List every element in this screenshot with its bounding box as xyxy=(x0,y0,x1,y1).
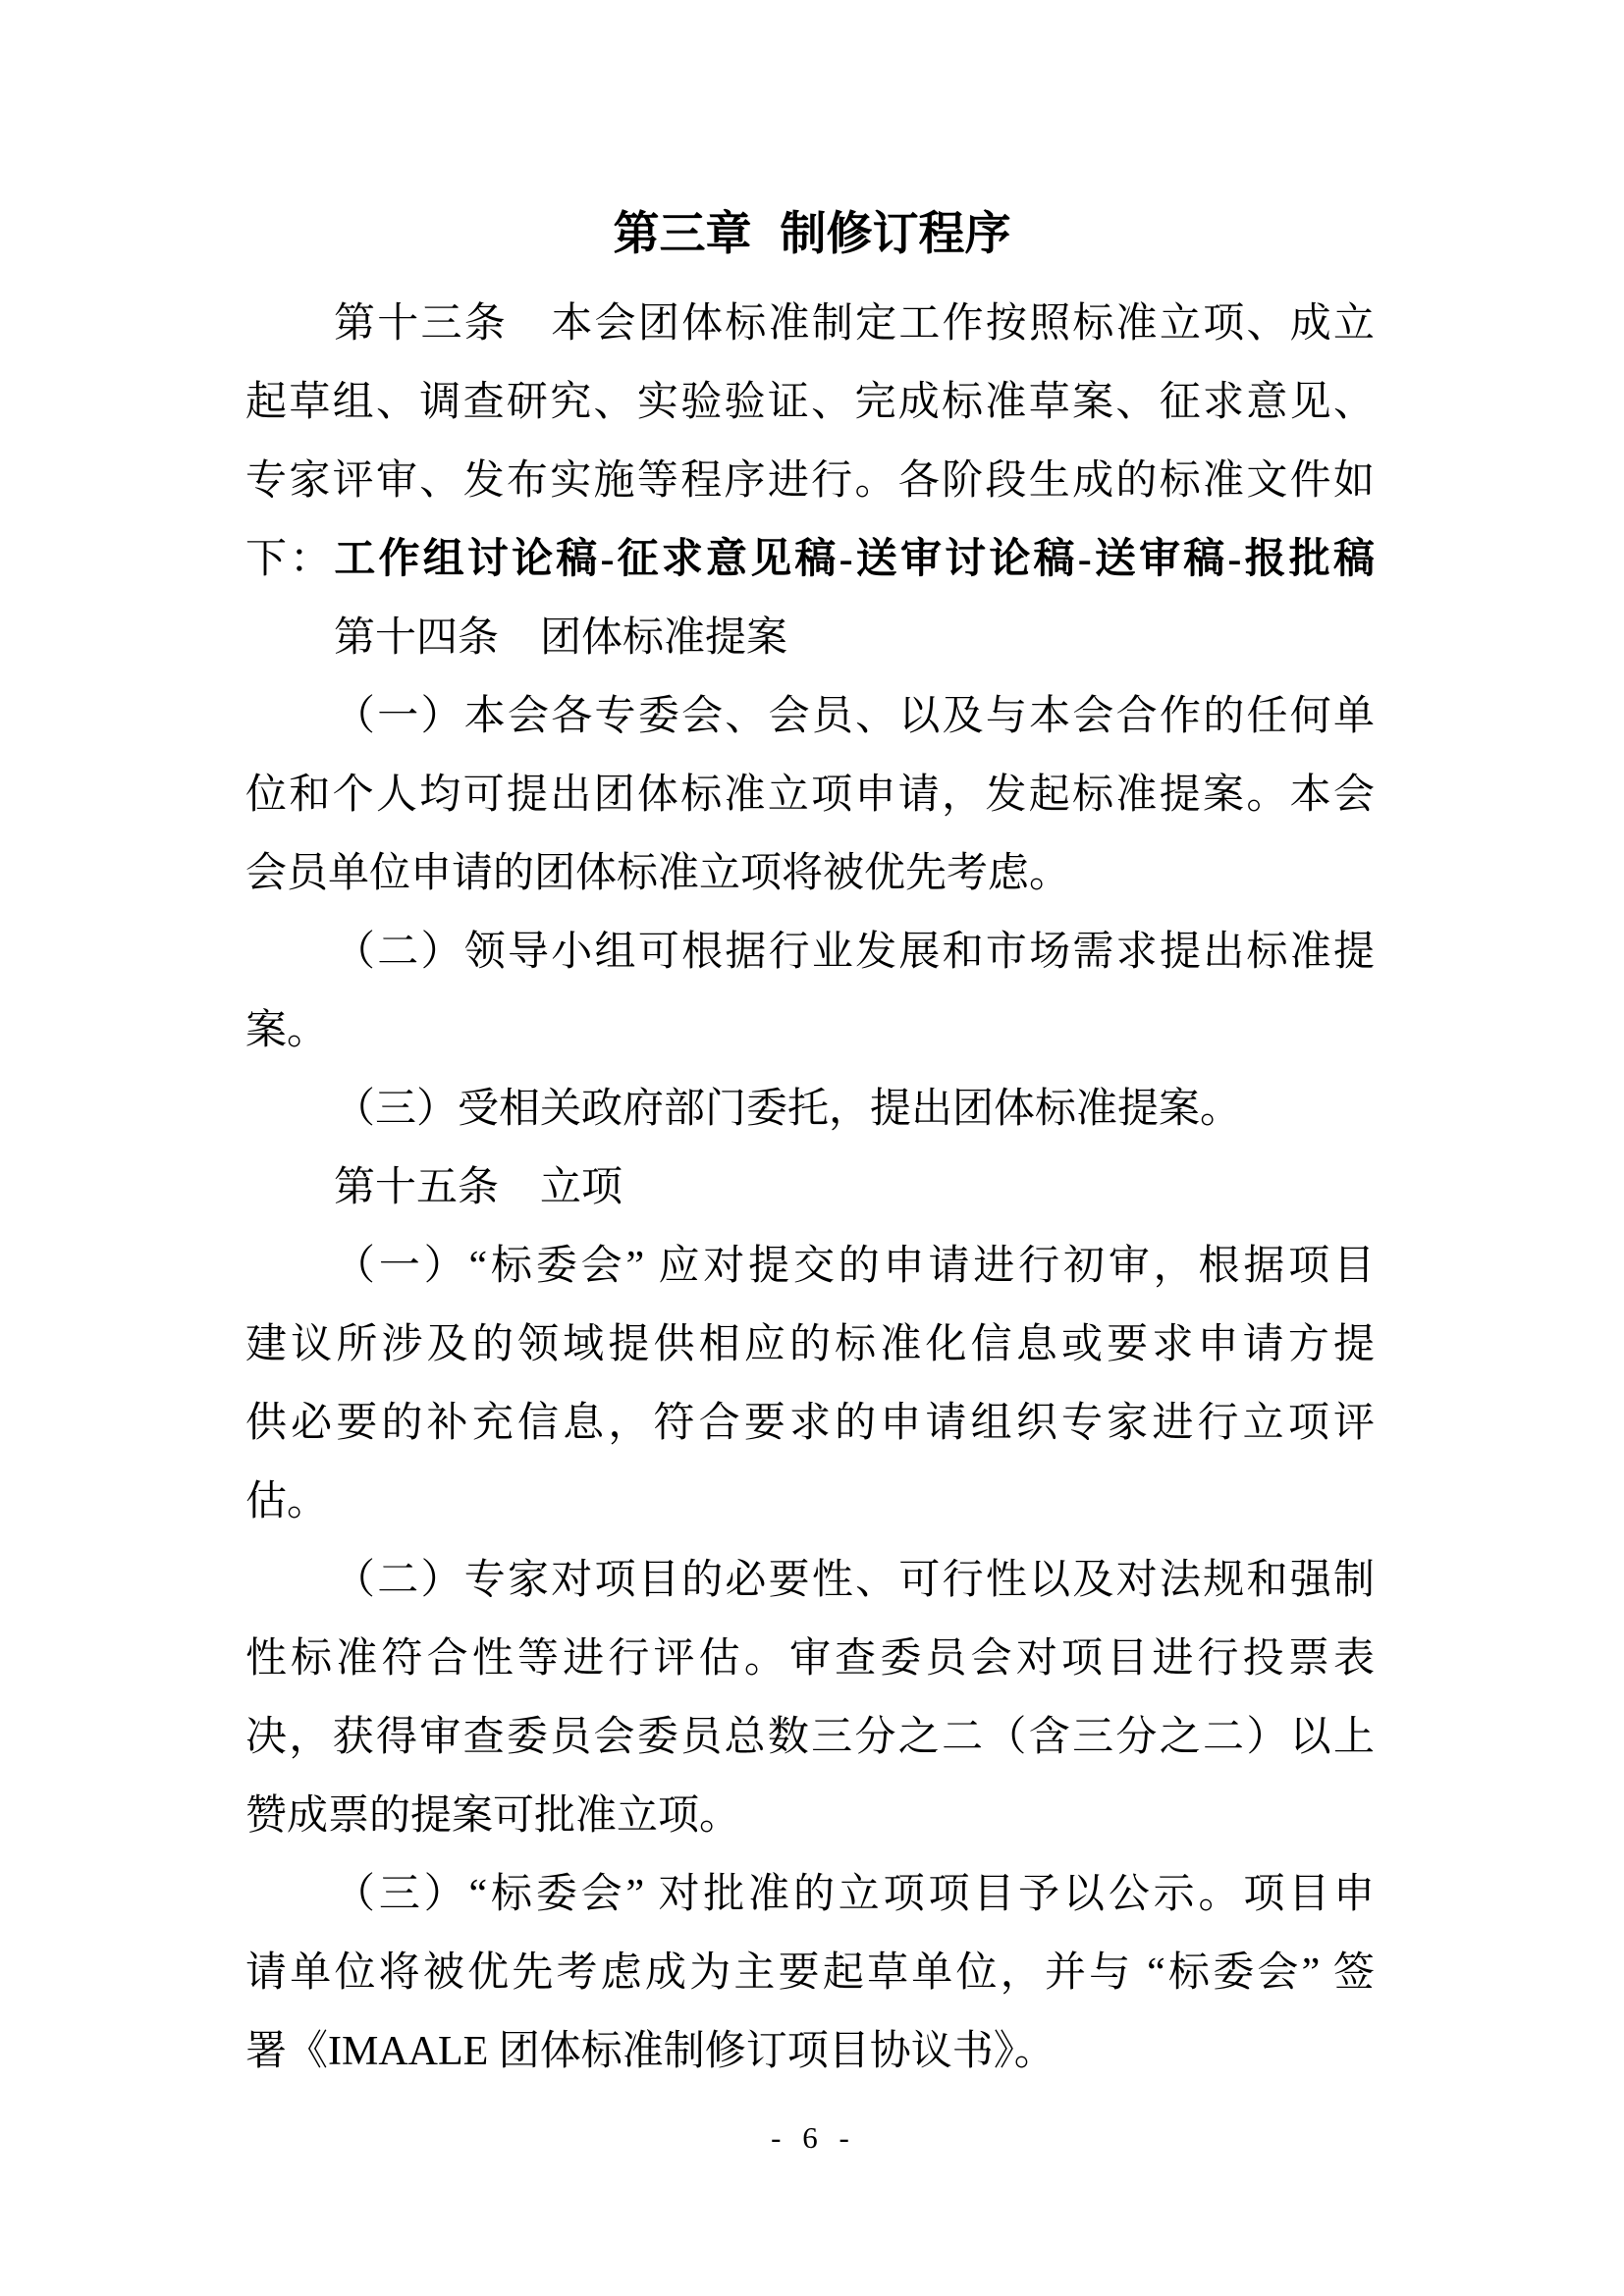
text-segment: （二）领导小组可根据行业发展和市场需求提出标准提 xyxy=(334,930,1375,975)
text-segment: 下： xyxy=(245,537,334,582)
text-segment: 供必要的补充信息，符合要求的申请组织专家进行立项评 xyxy=(245,1401,1375,1446)
text-line: （一）本会各专委会、会员、以及与本会合作的任何单 xyxy=(245,677,1375,756)
text-line: 起草组、调查研究、实验验证、完成标准草案、征求意见、 xyxy=(245,363,1375,442)
text-segment: 估。 xyxy=(245,1479,328,1524)
text-segment: 专家评审、发布实施等程序进行。各阶段生成的标准文件如 xyxy=(245,458,1375,504)
text-line: （一）“标委会” 应对提交的申请进行初审，根据项目 xyxy=(245,1227,1375,1306)
text-segment: （三）受相关政府部门委托，提出团体标准提案。 xyxy=(334,1087,1241,1132)
text-segment: （一）本会各专委会、会员、以及与本会合作的任何单 xyxy=(334,694,1375,739)
text-segment: 起草组、调查研究、实验验证、完成标准草案、征求意见、 xyxy=(245,380,1375,425)
text-line: 第十四条 团体标准提案 xyxy=(245,599,1375,677)
text-line: 会员单位申请的团体标准立项将被优先考虑。 xyxy=(245,834,1375,913)
text-segment: 请单位将被优先考虑成为主要起草单位，并与 “标委会” 签 xyxy=(245,1950,1375,1996)
text-line: （二）领导小组可根据行业发展和市场需求提出标准提 xyxy=(245,913,1375,991)
text-segment: 署《IMAALE 团体标准制修订项目协议书》。 xyxy=(245,2029,1056,2074)
text-segment: 性标准符合性等进行评估。审查委员会对项目进行投票表 xyxy=(245,1636,1375,1682)
text-segment: （二）专家对项目的必要性、可行性以及对法规和强制 xyxy=(334,1558,1375,1603)
text-line: 第十五条 立项 xyxy=(245,1148,1375,1227)
text-line: 署《IMAALE 团体标准制修订项目协议书》。 xyxy=(245,2012,1375,2091)
text-line: 专家评审、发布实施等程序进行。各阶段生成的标准文件如 xyxy=(245,442,1375,520)
text-line: 赞成票的提案可批准立项。 xyxy=(245,1777,1375,1855)
text-line: （二）专家对项目的必要性、可行性以及对法规和强制 xyxy=(245,1541,1375,1620)
text-segment: 第十三条 本会团体标准制定工作按照标准立项、成立 xyxy=(334,301,1375,347)
text-segment: 建议所涉及的领域提供相应的标准化信息或要求申请方提 xyxy=(245,1322,1375,1367)
text-segment: 位和个人均可提出团体标准立项申请，发起标准提案。本会 xyxy=(245,773,1375,818)
text-segment: 赞成票的提案可批准立项。 xyxy=(245,1793,740,1839)
document-body: 第十三条 本会团体标准制定工作按照标准立项、成立起草组、调查研究、实验验证、完成… xyxy=(245,285,1375,2091)
chapter-title: 第三章 制修订程序 xyxy=(0,208,1624,259)
text-line: 案。 xyxy=(245,991,1375,1070)
document-page: 第三章 制修订程序 第十三条 本会团体标准制定工作按照标准立项、成立起草组、调查… xyxy=(0,0,1624,2296)
page-number: - 6 - xyxy=(0,2120,1624,2156)
text-segment: 第十五条 立项 xyxy=(334,1165,623,1210)
text-segment: （三）“标委会” 对批准的立项项目予以公示。项目申 xyxy=(334,1872,1375,1917)
text-line: （三）“标委会” 对批准的立项项目予以公示。项目申 xyxy=(245,1855,1375,1934)
text-line: 下：工作组讨论稿-征求意见稿-送审讨论稿-送审稿-报批稿 xyxy=(245,520,1375,599)
text-line: 请单位将被优先考虑成为主要起草单位，并与 “标委会” 签 xyxy=(245,1934,1375,2012)
text-line: 估。 xyxy=(245,1463,1375,1541)
text-line: 第十三条 本会团体标准制定工作按照标准立项、成立 xyxy=(245,285,1375,363)
text-line: （三）受相关政府部门委托，提出团体标准提案。 xyxy=(245,1070,1375,1148)
text-line: 建议所涉及的领域提供相应的标准化信息或要求申请方提 xyxy=(245,1306,1375,1384)
text-line: 性标准符合性等进行评估。审查委员会对项目进行投票表 xyxy=(245,1620,1375,1698)
text-segment: 决，获得审查委员会委员总数三分之二（含三分之二）以上 xyxy=(245,1715,1375,1760)
text-line: 决，获得审查委员会委员总数三分之二（含三分之二）以上 xyxy=(245,1698,1375,1777)
text-segment: 案。 xyxy=(245,1008,328,1053)
text-segment: （一）“标委会” 应对提交的申请进行初审，根据项目 xyxy=(334,1244,1375,1289)
text-line: 位和个人均可提出团体标准立项申请，发起标准提案。本会 xyxy=(245,756,1375,834)
text-line: 供必要的补充信息，符合要求的申请组织专家进行立项评 xyxy=(245,1384,1375,1463)
text-segment: 会员单位申请的团体标准立项将被优先考虑。 xyxy=(245,851,1070,896)
bold-text-segment: 工作组讨论稿-征求意见稿-送审讨论稿-送审稿-报批稿 xyxy=(334,537,1375,582)
text-segment: 第十四条 团体标准提案 xyxy=(334,615,787,661)
